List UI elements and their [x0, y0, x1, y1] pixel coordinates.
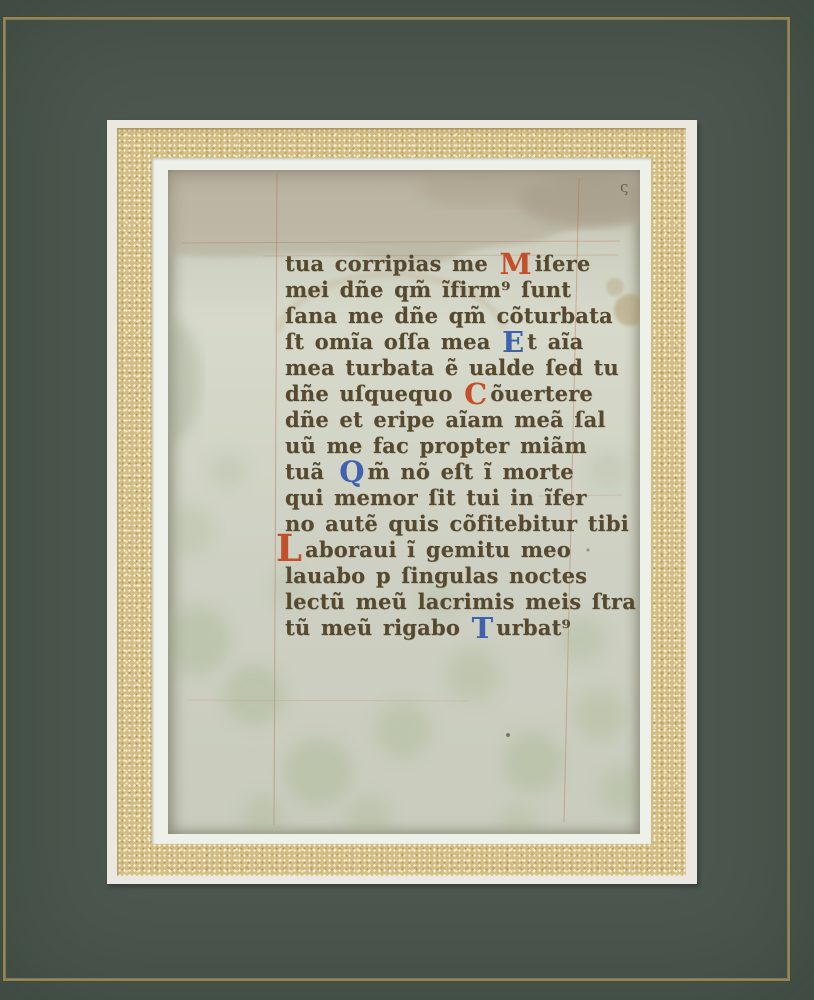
illuminated-initial: E — [502, 331, 524, 353]
text-line: tuãQm̃ nõ eſt ĩ morte — [285, 459, 635, 485]
text-run: m̃ nõ eſt ĩ morte — [367, 459, 573, 484]
gold-speckled-inner-mat: ς tua corripias me Miſeremei dñe qm̃ ĩfi… — [117, 128, 686, 876]
text-line: dñe uſquequo Cõuertere — [285, 381, 635, 407]
text-run: dñe uſquequo — [285, 381, 463, 406]
text-line: lectũ meũ lacrimis meis ſtra — [285, 589, 635, 615]
text-run: urbat⁹ — [496, 615, 571, 640]
illuminated-initial: C — [464, 383, 487, 405]
text-run: lauabo p ſingulas noctes — [285, 563, 587, 588]
quire-mark: ς — [620, 178, 628, 196]
text-run: tua corripias me — [285, 251, 498, 276]
inner-white-mat-lip: ς tua corripias me Miſeremei dñe qm̃ ĩfi… — [152, 158, 651, 844]
text-run: no autẽ quis cõfitebitur tibi — [285, 511, 629, 536]
white-window-mat: ς tua corripias me Miſeremei dñe qm̃ ĩfi… — [107, 120, 697, 884]
text-run: aboraui ĩ gemitu meo — [305, 537, 571, 562]
text-line: dñe et eripe aĩam meã ſal — [285, 407, 635, 433]
text-line: tũ meũ rigabo Turbat⁹ — [285, 615, 635, 641]
text-line: mea turbata ẽ ualde ſed tu — [285, 355, 635, 381]
framed-manuscript-photo: ς tua corripias me Miſeremei dñe qm̃ ĩfi… — [0, 0, 814, 1000]
text-run: tũ meũ rigabo — [285, 615, 471, 640]
illuminated-initial: L — [276, 537, 302, 559]
text-line: qui memor ſit tui in ĩfer — [285, 485, 635, 511]
manuscript-leaf: ς tua corripias me Miſeremei dñe qm̃ ĩfi… — [168, 170, 640, 834]
text-run: tuã — [285, 459, 324, 484]
text-run: dñe et eripe aĩam meã ſal — [285, 407, 606, 432]
illuminated-initial: T — [472, 617, 494, 639]
text-run: iſere — [535, 251, 591, 276]
text-line: no autẽ quis cõfitebitur tibi — [285, 511, 635, 537]
text-run: mea turbata ẽ ualde ſed tu — [285, 355, 619, 380]
text-line: ſana me dñe qm̃ cõturbata — [285, 303, 635, 329]
text-run: ſt omĩa oſſa mea — [285, 329, 501, 354]
manuscript-text-block: tua corripias me Miſeremei dñe qm̃ ĩfirm… — [285, 251, 635, 641]
text-line: uũ me fac propter miãm — [285, 433, 635, 459]
text-line: ſt omĩa oſſa mea Et aĩa — [285, 329, 635, 355]
text-run: õuertere — [490, 381, 593, 406]
text-line: mei dñe qm̃ ĩfirm⁹ ſunt — [285, 277, 635, 303]
text-line: Laboraui ĩ gemitu meo — [285, 537, 635, 563]
text-line: tua corripias me Miſere — [285, 251, 635, 277]
text-line: lauabo p ſingulas noctes — [285, 563, 635, 589]
text-run: ſana me dñe qm̃ cõturbata — [285, 303, 613, 328]
illuminated-initial: M — [499, 253, 531, 275]
text-run: t aĩa — [527, 329, 583, 354]
text-run: uũ me fac propter miãm — [285, 433, 587, 458]
text-run: qui memor ſit tui in ĩfer — [285, 485, 587, 510]
text-run: mei dñe qm̃ ĩfirm⁹ ſunt — [285, 277, 571, 302]
illuminated-initial: Q — [339, 461, 364, 483]
text-run: lectũ meũ lacrimis meis ſtra — [285, 589, 636, 614]
